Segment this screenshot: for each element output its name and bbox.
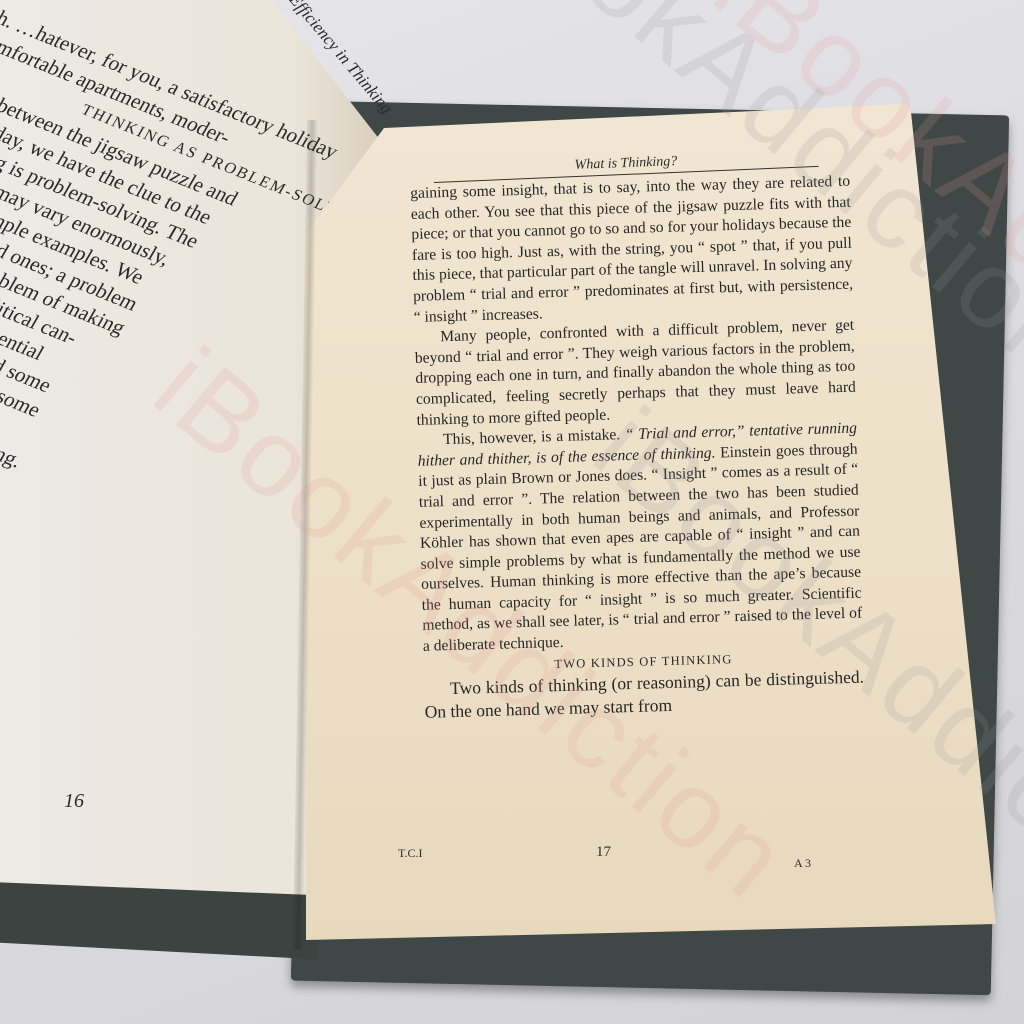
paragraph: Many people, confronted with a difficult…: [414, 316, 857, 431]
right-page-text: gaining some insight, that is to say, in…: [410, 172, 865, 724]
paragraph: This, however, is a mistake. “ Trial and…: [417, 419, 863, 658]
left-page-number: 16: [64, 790, 84, 813]
paragraph-rest: Einstein goes through it just as plain B…: [418, 440, 862, 655]
signature-mark-right: A 3: [794, 856, 811, 871]
right-page: What is Thinking? gaining some insight, …: [306, 104, 996, 940]
paragraph-lead: This, however, is a mistake.: [443, 426, 625, 448]
left-page-text: ost and so forth. …hatever, for you, a s…: [0, 0, 283, 849]
right-page-number: 17: [596, 844, 611, 861]
signature-mark-left: T.C.I: [398, 846, 422, 861]
paragraph: gaining some insight, that is to say, in…: [410, 172, 854, 328]
